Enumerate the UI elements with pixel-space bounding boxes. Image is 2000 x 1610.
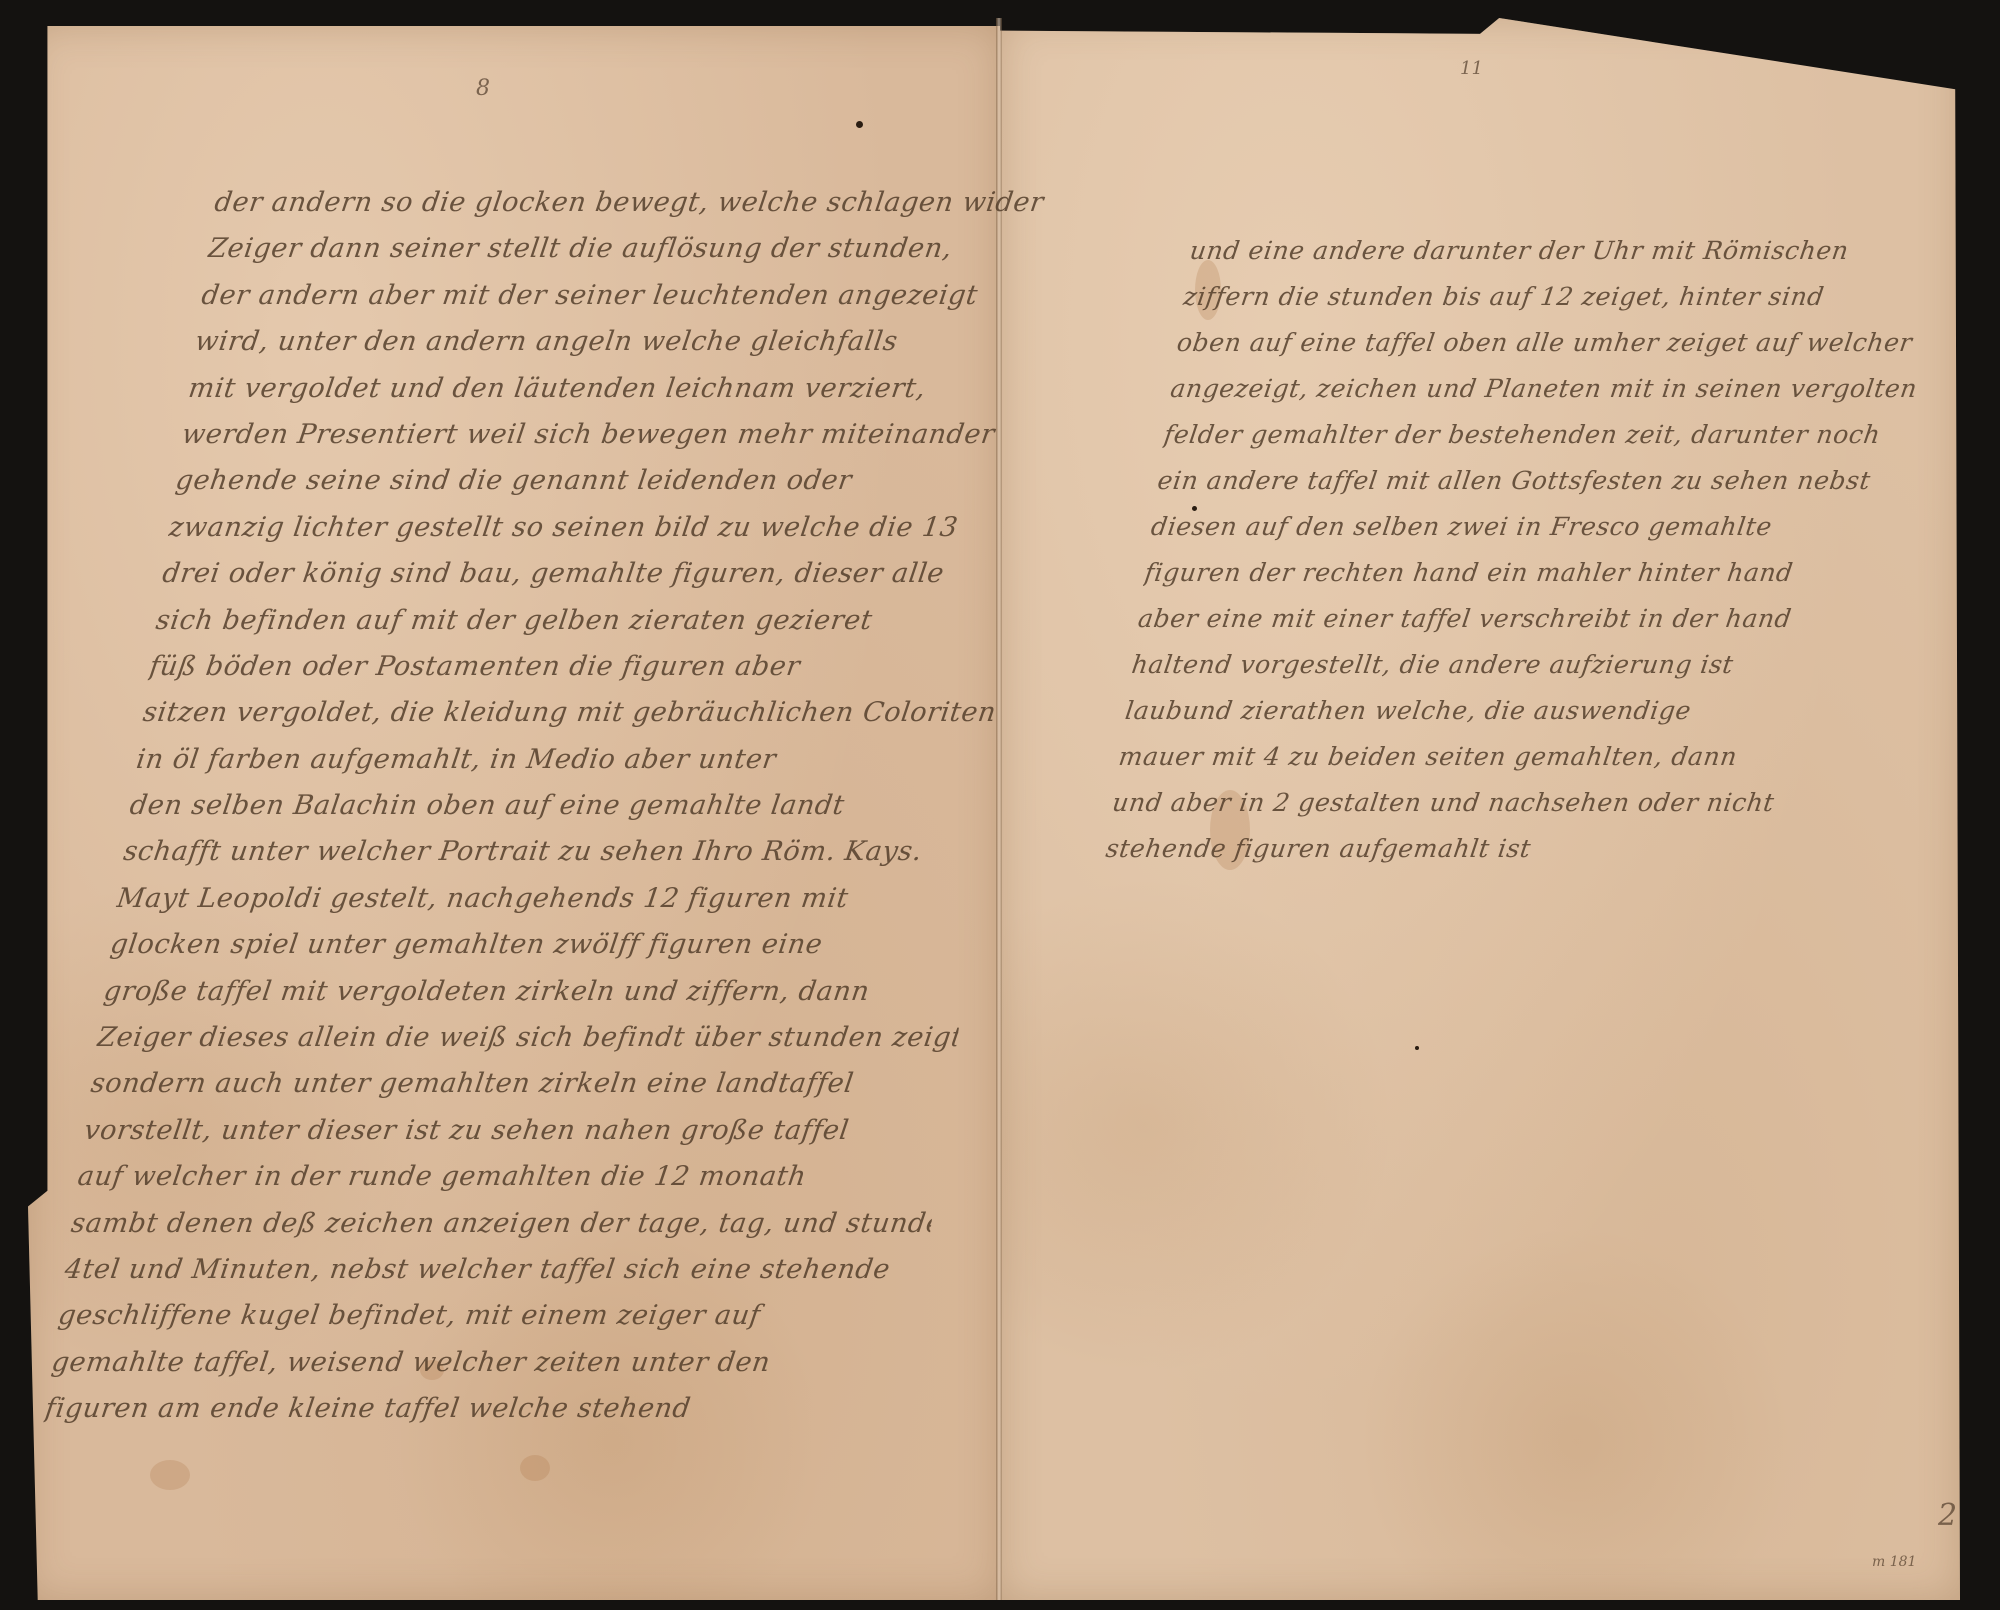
manuscript-line: schafft unter welcher Portrait zu sehen … xyxy=(120,829,987,875)
left-page-text: der andern so die glocken bewegt, welche… xyxy=(42,180,1078,1433)
manuscript-line: große taffel mit vergoldeten zirkeln und… xyxy=(101,969,968,1015)
manuscript-line: diesen auf den selben zwei in Fresco gem… xyxy=(1148,504,1964,550)
manuscript-line: figuren am ende kleine taffel welche ste… xyxy=(42,1386,909,1432)
manuscript-line: Mayt Leopoldi gestelt, nachgehends 12 fi… xyxy=(114,876,981,922)
manuscript-line: mit vergoldet und den läutenden leichnam… xyxy=(185,366,1052,412)
manuscript-line: sich befinden auf mit der gelben zierate… xyxy=(153,598,1020,644)
ink-blot xyxy=(856,121,863,128)
foxing-stain xyxy=(520,1455,550,1481)
manuscript-line: der andern aber mit der seiner leuchtend… xyxy=(198,273,1065,319)
manuscript-line: wird, unter den andern angeln welche gle… xyxy=(192,319,1059,365)
manuscript-line: geschliffene kugel befindet, mit einem z… xyxy=(55,1293,922,1339)
manuscript-line: ziffern die stunden bis auf 12 zeiget, h… xyxy=(1180,274,1996,320)
foxing-stain xyxy=(150,1460,190,1490)
manuscript-line: ein andere taffel mit allen Gottsfesten … xyxy=(1154,458,1970,504)
manuscript-line: sambt denen deß zeichen anzeigen der tag… xyxy=(68,1201,935,1247)
manuscript-line: auf welcher in der runde gemahlten die 1… xyxy=(75,1154,942,1200)
manuscript-line: mauer mit 4 zu beiden seiten gemahlten, … xyxy=(1116,734,1932,780)
manuscript-line: gehende seine sind die genannt leidenden… xyxy=(172,458,1039,504)
manuscript-line: stehende figuren aufgemahlt ist xyxy=(1103,826,1919,872)
manuscript-line: angezeigt, zeichen und Planeten mit in s… xyxy=(1167,366,1983,412)
manuscript-line: und aber in 2 gestalten und nachsehen od… xyxy=(1109,780,1925,826)
manuscript-line: haltend vorgestellt, die andere aufzieru… xyxy=(1129,642,1945,688)
manuscript-line: drei oder könig sind bau, gemahlte figur… xyxy=(159,551,1026,597)
page-number-bottom: 2 xyxy=(1938,1498,1957,1533)
manuscript-line: sitzen vergoldet, die kleidung mit gebrä… xyxy=(140,690,1007,736)
manuscript-line: aber eine mit einer taffel verschreibt i… xyxy=(1135,596,1951,642)
manuscript-line: Zeiger dann seiner stellt die auflösung … xyxy=(205,226,1072,272)
archive-shelfmark: m 181 xyxy=(1872,1554,1916,1570)
manuscript-line: glocken spiel unter gemahlten zwölff fig… xyxy=(107,922,974,968)
folio-number-left: 8 xyxy=(476,76,490,101)
manuscript-line: in öl farben aufgemahlt, in Medio aber u… xyxy=(133,737,1000,783)
manuscript-line: figuren der rechten hand ein mahler hint… xyxy=(1142,550,1958,596)
manuscript-line: füß böden oder Postamenten die figuren a… xyxy=(146,644,1013,690)
ink-blot xyxy=(1415,1046,1419,1050)
manuscript-line: sondern auch unter gemahlten zirkeln ein… xyxy=(88,1061,955,1107)
manuscript-line: felder gemahlter der bestehenden zeit, d… xyxy=(1161,412,1977,458)
manuscript-line: laubund zierathen welche, die auswendige xyxy=(1122,688,1938,734)
manuscript-line: den selben Balachin oben auf eine gemahl… xyxy=(127,783,994,829)
manuscript-line: gemahlte taffel, weisend welcher zeiten … xyxy=(49,1340,916,1386)
manuscript-line: vorstellt, unter dieser ist zu sehen nah… xyxy=(81,1108,948,1154)
manuscript-line: werden Presentiert weil sich bewegen meh… xyxy=(179,412,1046,458)
manuscript-line: zwanzig lichter gestellt so seinen bild … xyxy=(166,505,1033,551)
folio-number-right: 11 xyxy=(1460,58,1483,79)
manuscript-line: der andern so die glocken bewegt, welche… xyxy=(211,180,1078,226)
manuscript-line: und eine andere darunter der Uhr mit Röm… xyxy=(1187,228,2000,274)
manuscript-line: oben auf eine taffel oben alle umher zei… xyxy=(1174,320,1990,366)
right-page-text: und eine andere darunter der Uhr mit Röm… xyxy=(1103,228,2000,872)
manuscript-line: Zeiger dieses allein die weiß sich befin… xyxy=(94,1015,961,1061)
manuscript-line: 4tel und Minuten, nebst welcher taffel s… xyxy=(62,1247,929,1293)
